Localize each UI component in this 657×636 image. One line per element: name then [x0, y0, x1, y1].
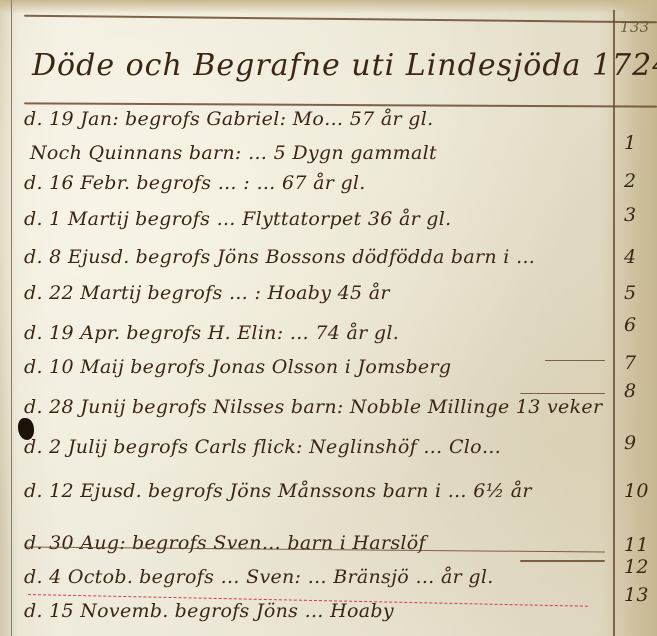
entry-date: d. 10 Maij: [24, 356, 124, 378]
header-top-rule: [24, 15, 657, 24]
entry-text: begrofs Jonas Olsson i Jomsberg: [130, 356, 451, 378]
number-column-rule: [613, 10, 615, 636]
entry-text: begrofs … : Hoaby 45 år: [148, 282, 390, 304]
row-number: 8: [624, 380, 636, 402]
row-number: 3: [624, 204, 636, 226]
row-number: 6: [624, 314, 636, 336]
register-entry: d. 28 Junijbegrofs Nilsses barn: Nobble …: [24, 396, 602, 418]
row-number: 5: [624, 282, 636, 304]
page-stain: [0, 0, 657, 14]
row-number: 2: [624, 170, 636, 192]
entry-text: begrofs … Flyttatorpet 36 år gl.: [135, 208, 451, 230]
register-entry: d. 19 Apr.begrofs H. Elin: … 74 år gl.: [24, 322, 399, 344]
entry-date: d. 1 Martij: [24, 208, 129, 230]
entry-text: begrofs … Sven: … Bränsjö … år gl.: [139, 566, 493, 588]
register-entry: d. 1 Martijbegrofs … Flyttatorpet 36 år …: [24, 208, 451, 230]
entry-date: d. 19 Jan:: [24, 108, 119, 130]
entry-date: d. 4 Octob.: [24, 566, 133, 588]
entry-date: d. 19 Apr.: [24, 322, 120, 344]
register-page: Döde och Begrafne uti Lindesjöda 1724 13…: [0, 0, 657, 636]
entry-text: begrofs Jöns Bossons dödfödda barn i …: [136, 246, 536, 268]
register-entry: d. 22 Martijbegrofs … : Hoaby 45 år: [24, 282, 390, 304]
register-entry: d. 10 Maijbegrofs Jonas Olsson i Jomsber…: [24, 356, 451, 378]
register-entry: d. 30 Aug:begrofs Sven… barn i Harslöf: [24, 532, 426, 554]
page-number: 133: [620, 18, 650, 36]
row-number: 12: [624, 556, 649, 578]
register-entry: d. 4 Octob.begrofs … Sven: … Bränsjö … å…: [24, 566, 494, 588]
row-number: 10: [624, 480, 649, 502]
entry-text: Noch Quinnans barn: … 5 Dygn gammalt: [30, 142, 437, 164]
entry-text: begrofs H. Elin: … 74 år gl.: [126, 322, 399, 344]
entry-text: begrofs Gabriel: Mo… 57 år gl.: [125, 108, 433, 130]
register-entry: d. 16 Febr.begrofs … : … 67 år gl.: [24, 172, 366, 194]
row-number: 4: [624, 246, 636, 268]
entry-dash: [520, 560, 605, 562]
header-bottom-rule: [24, 102, 657, 107]
binding-edge: [11, 0, 12, 636]
ink-blot: [18, 418, 34, 440]
page-heading: Döde och Begrafne uti Lindesjöda 1724: [32, 48, 657, 83]
entry-dash: [545, 360, 605, 361]
entry-text: begrofs Jöns Månssons barn i … 6½ år: [148, 480, 532, 502]
row-number: 11: [624, 534, 649, 556]
entry-date: d. 30 Aug:: [24, 532, 126, 554]
entry-dash: [520, 393, 605, 394]
register-entry: d. 12 Ejusd.begrofs Jöns Månssons barn i…: [24, 480, 532, 502]
entry-date: d. 22 Martij: [24, 282, 142, 304]
entry-date: d. 28 Junij: [24, 396, 126, 418]
register-entry: d. 8 Ejusd.begrofs Jöns Bossons dödfödda…: [24, 246, 535, 268]
register-entry: d. 19 Jan:begrofs Gabriel: Mo… 57 år gl.: [24, 108, 433, 130]
entry-date: d. 16 Febr.: [24, 172, 130, 194]
row-number: 9: [624, 432, 636, 454]
entry-date: d. 12 Ejusd.: [24, 480, 142, 502]
entry-text: begrofs Nilsses barn: Nobble Millinge 13…: [132, 396, 603, 418]
entry-text: begrofs … : … 67 år gl.: [136, 172, 365, 194]
entry-date: d. 2 Julij: [24, 436, 107, 458]
row-number: 1: [624, 132, 636, 154]
entry-text: begrofs Jöns … Hoaby: [175, 600, 394, 622]
register-entry: d. 15 Novemb.begrofs Jöns … Hoaby: [24, 600, 394, 622]
entry-date: d. 8 Ejusd.: [24, 246, 130, 268]
entry-text: begrofs Sven… barn i Harslöf: [132, 532, 426, 554]
register-entry: d. 2 Julijbegrofs Carls flick: Neglinshö…: [24, 436, 501, 458]
row-number: 7: [624, 352, 636, 374]
row-number: 13: [624, 584, 649, 606]
entry-text: begrofs Carls flick: Neglinshöf … Clo…: [113, 436, 501, 458]
entry-date: d. 15 Novemb.: [24, 600, 169, 622]
register-entry: Noch Quinnans barn: … 5 Dygn gammalt: [24, 142, 437, 164]
